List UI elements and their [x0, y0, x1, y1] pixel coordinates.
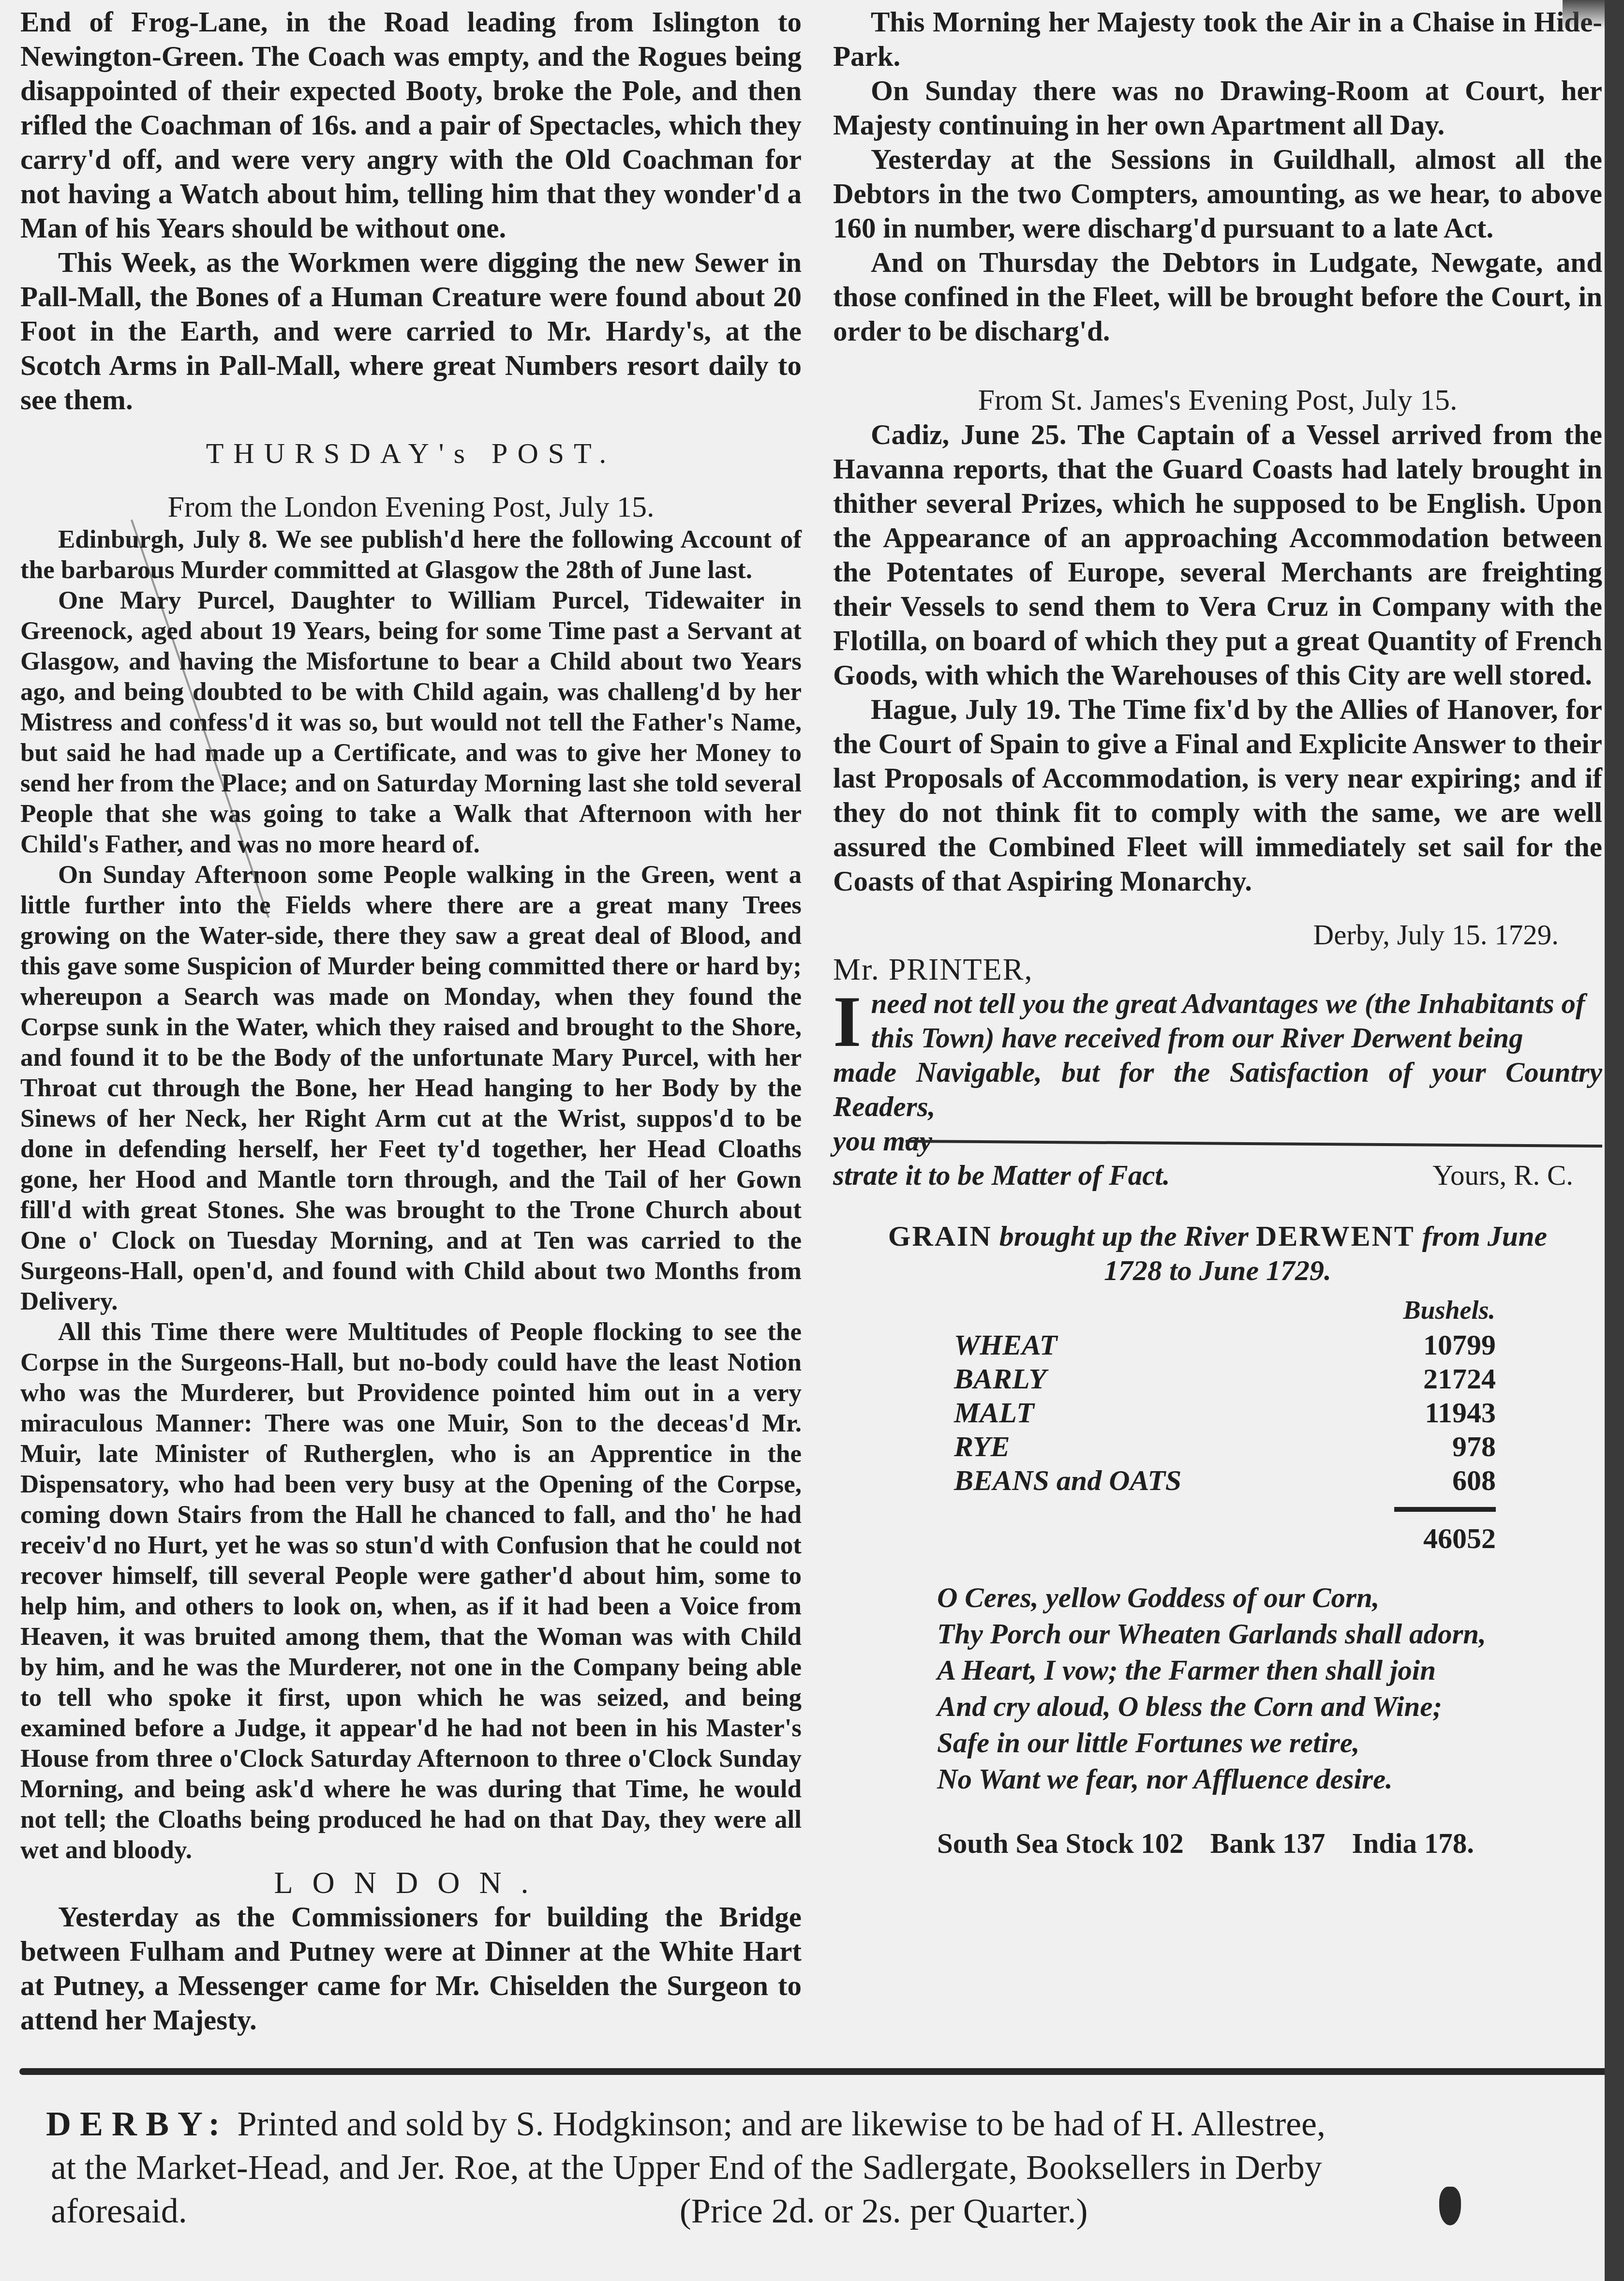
drop-cap: I — [833, 990, 861, 1053]
table-total-row: 46052 — [954, 1521, 1496, 1555]
right-column: This Morning her Majesty took the Air in… — [833, 5, 1602, 1861]
table-row: BARLY21724 — [954, 1362, 1496, 1396]
multitudes-paragraph: All this Time there were Multitudes of P… — [20, 1317, 802, 1865]
imprint-line-1: Printed and sold by S. Hodgkinson; and a… — [237, 2104, 1326, 2143]
poem-line: A Heart, I vow; the Farmer then shall jo… — [937, 1652, 1602, 1688]
stock-bank: Bank 137 — [1210, 1826, 1326, 1861]
letter-salutation: Mr. PRINTER, — [833, 952, 1602, 986]
imprint-line-2: at the Market-Head, and Jer. Roe, at the… — [46, 2146, 1606, 2189]
hague-paragraph: Hague, July 19. The Time fix'd by the Al… — [833, 692, 1602, 898]
sewer-paragraph: This Week, as the Workmen were digging t… — [20, 245, 802, 417]
sunday-paragraph: On Sunday Afternoon some People walking … — [20, 860, 802, 1317]
letter-dateline: Derby, July 15. 1729. — [833, 918, 1602, 952]
footer-rule — [19, 2068, 1606, 2075]
table-row: RYE978 — [954, 1430, 1496, 1463]
grain-table: Bushels. WHEAT10799 BARLY21724 MALT11943… — [954, 1293, 1496, 1555]
poem: O Ceres, yellow Goddess of our Corn, Thy… — [937, 1580, 1602, 1797]
left-column: End of Frog-Lane, in the Road leading fr… — [20, 5, 802, 2037]
letter-line: made Navigable, but for the Satisfaction… — [833, 1055, 1602, 1124]
stock-prices: South Sea Stock 102 Bank 137 India 178. — [937, 1826, 1602, 1861]
imprint-place: DERBY: — [46, 2104, 228, 2143]
section-heading-london: LONDON. — [20, 1865, 802, 1900]
page-edge — [1605, 0, 1624, 2281]
letter-line: need not tell you the great Advantages w… — [833, 986, 1602, 1021]
drawing-room-paragraph: On Sunday there was no Drawing-Room at C… — [833, 74, 1602, 142]
source-heading-london-evening-post: From the London Evening Post, July 15. — [20, 490, 802, 524]
thursday-debtors-paragraph: And on Thursday the Debtors in Ludgate, … — [833, 245, 1602, 348]
letter-closing-line: strate it to be Matter of Fact. — [833, 1158, 1170, 1193]
cadiz-paragraph: Cadiz, June 25. The Captain of a Vessel … — [833, 417, 1602, 692]
poem-line: Thy Porch our Wheaten Garlands shall ado… — [937, 1616, 1602, 1652]
ink-blot — [1439, 2187, 1461, 2225]
letter-signature: Yours, R. C. — [1432, 1158, 1602, 1193]
letter-line-obscured-by-fold: you may — [833, 1124, 1602, 1158]
stock-india: India 178. — [1352, 1826, 1474, 1861]
source-heading-st-james-evening-post: From St. James's Evening Post, July 15. — [833, 383, 1602, 417]
purcel-paragraph: One Mary Purcel, Daughter to William Pur… — [20, 585, 802, 860]
edinburgh-paragraph: Edinburgh, July 8. We see publish'd here… — [20, 524, 802, 585]
imprint-price: (Price 2d. or 2s. per Quarter.) — [680, 2189, 1088, 2233]
poem-line: And cry aloud, O bless the Corn and Wine… — [937, 1688, 1602, 1725]
table-row: WHEAT10799 — [954, 1328, 1496, 1362]
majesty-paragraph: This Morning her Majesty took the Air in… — [833, 5, 1602, 74]
section-heading-thursdays-post: THURSDAY's POST. — [20, 436, 802, 471]
letter-line: this Town) have received from our River … — [833, 1021, 1602, 1055]
poem-line: O Ceres, yellow Goddess of our Corn, — [937, 1580, 1602, 1616]
newspaper-page: End of Frog-Lane, in the Road leading fr… — [0, 0, 1606, 2281]
sessions-paragraph: Yesterday at the Sessions in Guildhall, … — [833, 142, 1602, 245]
total-rule — [1394, 1507, 1496, 1512]
poem-line: Safe in our little Fortunes we retire, — [937, 1725, 1602, 1761]
grain-unit-header: Bushels. — [1328, 1293, 1496, 1328]
continued-paragraph: End of Frog-Lane, in the Road leading fr… — [20, 5, 802, 245]
stock-south-sea: South Sea Stock 102 — [937, 1826, 1184, 1861]
table-row: MALT11943 — [954, 1396, 1496, 1430]
table-row: BEANS and OATS608 — [954, 1463, 1496, 1497]
letter-body: I need not tell you the great Advantages… — [833, 986, 1602, 1193]
poem-line: No Want we fear, nor Affluence desire. — [937, 1761, 1602, 1797]
bridge-paragraph: Yesterday as the Commissioners for build… — [20, 1900, 802, 2037]
grain-total: 46052 — [1328, 1521, 1496, 1555]
imprint-footer: DERBY: Printed and sold by S. Hodgkinson… — [46, 2102, 1606, 2233]
imprint-line-3: aforesaid. — [51, 2192, 187, 2230]
grain-table-title: GRAIN brought up the River DERWENT from … — [833, 1219, 1602, 1288]
